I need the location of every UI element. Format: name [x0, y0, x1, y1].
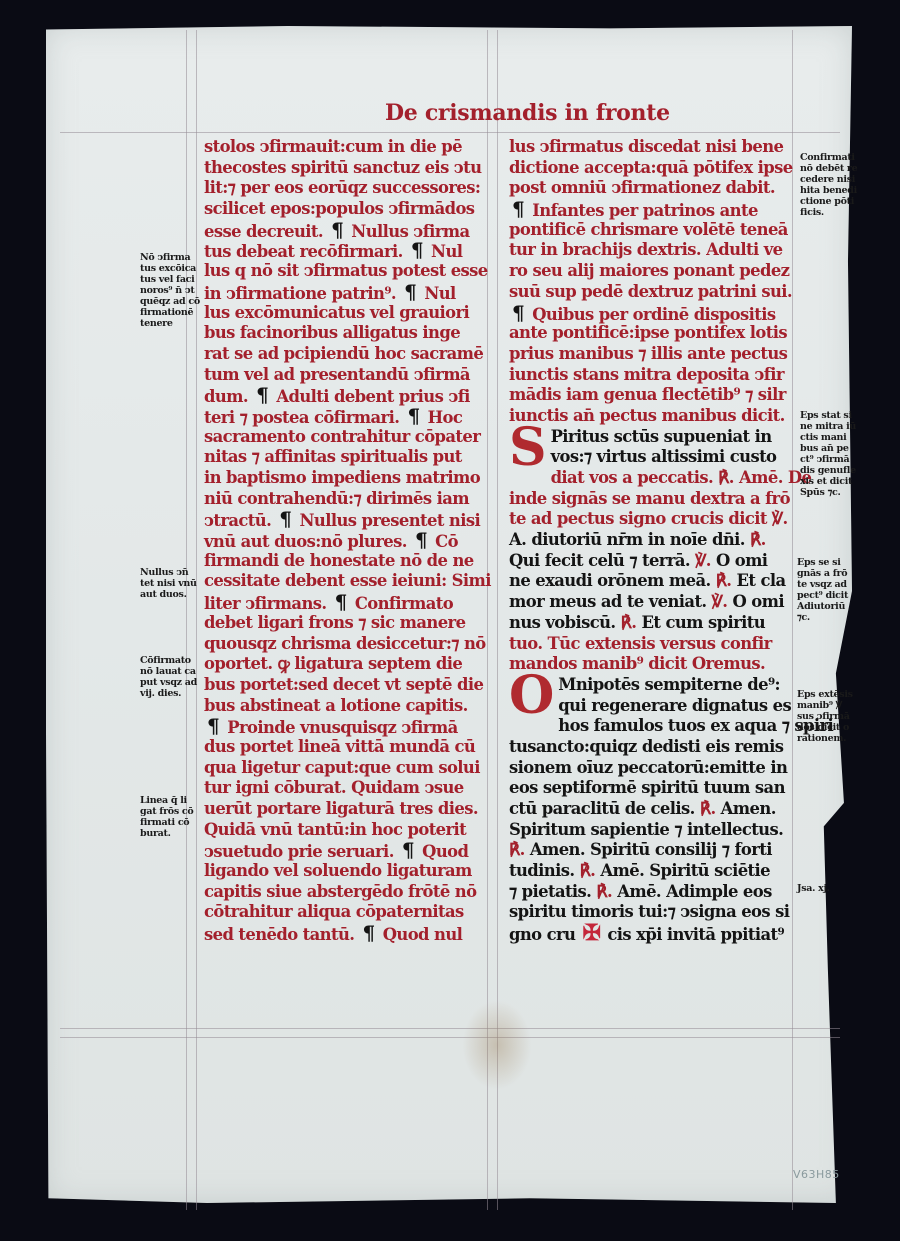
text-run: mor meus ad te veniat.	[509, 592, 712, 611]
rubric-mark: ℟.	[716, 571, 732, 590]
text-run: mādis iam genua flectētib⁹ ⁊ silr	[509, 385, 786, 404]
marginal-line: dos dicit o	[797, 722, 853, 733]
marginal-line: firmationē	[140, 307, 200, 318]
text-line: ℟. Amen. Spiritū consilij ⁊ forti	[509, 840, 789, 861]
text-run: eos septiformē spiritū tuum san	[509, 778, 785, 797]
text-run: Qui fecit celū ⁊ terrā.	[509, 551, 695, 570]
rubric-mark: ℣.	[712, 592, 728, 611]
marginal-line: Confirmati	[800, 152, 857, 163]
text-line: ctū paraclitū de celis. ℟. Amen.	[509, 799, 789, 820]
text-line: lus q nō sit ↄfirmatus potest esse	[204, 261, 494, 282]
text-line: nitas ⁊ affinitas spiritualis put	[204, 447, 494, 468]
marginal-line: xis et dicit	[800, 476, 856, 487]
text-line: ↄtractū. ¶ Nullus presentet nisi	[204, 509, 494, 530]
text-line: mādis iam genua flectētib⁹ ⁊ silr	[509, 385, 789, 406]
text-line: A. diutoriū nr̄m in noīe dn̄i. ℟.	[509, 530, 789, 551]
text-line: rat se ad pcipiendū hoc sacramē	[204, 344, 494, 365]
text-line: ro seu alij maiores ponant pedez	[509, 261, 789, 282]
pilcrow-icon: ¶	[411, 238, 423, 262]
text-line: dum. ¶ Adulti debent prius ↄfi	[204, 385, 494, 406]
marginal-line: burat.	[140, 828, 193, 839]
text-run: vnū aut duos:nō plures.	[204, 532, 412, 551]
text-line: dus portet lineā vittā mundā cū	[204, 737, 494, 758]
rubric-mark: ℟.	[750, 530, 766, 549]
text-run: Proinde vnusquisqz ↄfirmā	[222, 718, 458, 737]
text-run: quousqz chrisma desiccetur:⁊ nō	[204, 634, 486, 653]
text-run: capitis siue abstergēdo frōtē nō	[204, 882, 476, 901]
text-run: gno cru	[509, 925, 580, 944]
text-run: te ad pectus signo crucis dicit	[509, 509, 772, 528]
pilcrow-icon: ¶	[207, 714, 219, 738]
text-run: hos famulos tuos ex aqua ⁊ spiri	[558, 716, 833, 735]
left-text-column: stolos ↄfirmauit:cum in die pēthecostes …	[204, 137, 494, 944]
decorated-initial: O	[509, 675, 554, 717]
rubric-mark: ℟.	[596, 882, 612, 901]
marginal-line: Spūs ⁊c.	[800, 487, 856, 498]
pilcrow-icon: ¶	[402, 838, 414, 862]
text-run: tuo. Tūc extensis versus confir	[509, 634, 772, 653]
text-line: thecostes spiritū sanctuz eis ↄtu	[204, 158, 494, 179]
text-line: esse decreuit. ¶ Nullus ↄfirma	[204, 220, 494, 241]
ruling-line	[60, 1028, 840, 1029]
text-run: qua ligetur caput:que cum solui	[204, 758, 480, 777]
text-line: teri ⁊ postea cōfirmari. ¶ Hoc	[204, 406, 494, 427]
marginal-line: tus excōica	[140, 263, 200, 274]
text-run: in baptismo impediens matrimo	[204, 468, 480, 487]
text-run: Amē. Spiritū sciētie	[595, 861, 770, 880]
text-line: cōtrahitur aliqua cōpaternitas	[204, 902, 494, 923]
marginal-note: Eps stat sine mitra iūctis manibus an̄ p…	[800, 410, 856, 498]
text-line: inde signās se manu dextra a frō	[509, 489, 789, 510]
text-run: cis xp̄i invitā ppitiat⁹	[602, 925, 784, 944]
text-run: Confirmato	[350, 594, 453, 613]
text-run: Infantes per patrinos ante	[527, 201, 758, 220]
text-run: ctū paraclitū de celis.	[509, 799, 700, 818]
marginal-line: Nullus ↄn̄	[140, 567, 197, 578]
text-line: firmandi de honestate nō de ne	[204, 551, 494, 572]
marginal-line: gnās a frō	[797, 568, 848, 579]
text-line: prius manibus ⁊ illis ante pectus	[509, 344, 789, 365]
text-run: esse decreuit.	[204, 222, 328, 241]
text-line: bus facinoribus alligatus inge	[204, 323, 494, 344]
text-line: scilicet epos:populos ↄfirmādos	[204, 199, 494, 220]
marginal-line: cedere nisi	[800, 174, 857, 185]
text-line: in ↄfirmatione patrin⁹. ¶ Nul	[204, 282, 494, 303]
marginal-line: nō lauat ca	[140, 666, 197, 677]
marginal-line: Adiutoriū	[797, 601, 848, 612]
pilcrow-icon: ¶	[415, 528, 427, 552]
text-run: in ↄfirmatione patrin⁹.	[204, 284, 401, 303]
text-run: bus portet:sed decet vt septē die	[204, 675, 483, 694]
text-run: prius manibus ⁊ illis ante pectus	[509, 344, 787, 363]
text-run: Et cum spiritu	[636, 613, 765, 632]
marginal-line: tenere	[140, 318, 200, 329]
text-run: Cō	[430, 532, 458, 551]
marginal-line: ⁊c.	[797, 612, 848, 623]
text-line: tusancto:quiqz dedisti eis remis	[509, 737, 789, 758]
pilcrow-icon: ¶	[404, 280, 416, 304]
text-line: liter ↄfirmans. ¶ Confirmato	[204, 592, 494, 613]
text-run: nus vobiscū.	[509, 613, 621, 632]
text-run: tus debeat recōfirmari.	[204, 242, 408, 261]
text-line: bus portet:sed decet vt septē die	[204, 675, 494, 696]
text-run: niū contrahendū:⁊ dirimēs iam	[204, 489, 469, 508]
text-line: iunctis an̄ pectus manibus dicit.	[509, 406, 789, 427]
text-line: sacramento contrahitur cōpater	[204, 427, 494, 448]
text-run: ante pontificē:ipse pontifex lotis	[509, 323, 787, 342]
text-line: post omniū ↄfirmationez dabit.	[509, 178, 789, 199]
marginal-line: bus an̄ pe	[800, 443, 856, 454]
text-run: Adulti debent prius ↄfi	[271, 387, 470, 406]
text-line: Quidā vnū tantū:in hoc poterit	[204, 820, 494, 841]
text-run: lus excōmunicatus vel grauiori	[204, 303, 469, 322]
marginal-line: ne mitra iū	[800, 421, 856, 432]
marginal-note: Nullus ↄn̄tet nisi vnūaut duos.	[140, 567, 197, 600]
marginal-line: ficis.	[800, 207, 857, 218]
text-run: Nullus presentet nisi	[294, 511, 480, 530]
rubric-mark: ℣.	[772, 509, 788, 528]
marginal-note: Eps se signās a frōte vsqz adpect⁹ dicit…	[797, 557, 848, 623]
text-line: mor meus ad te veniat. ℣. O omi	[509, 592, 789, 613]
pilcrow-icon: ¶	[279, 507, 291, 531]
marginal-line: noros⁹ n̄ ↄt	[140, 285, 200, 296]
text-run: lit:⁊ per eos eorūqz successores:	[204, 178, 480, 197]
marginal-line: quēqz ad cō	[140, 296, 200, 307]
text-line: gno cru ✠ cis xp̄i invitā ppitiat⁹	[509, 923, 789, 944]
text-run: dum.	[204, 387, 253, 406]
text-run: mandos manib⁹ dicit Oremus.	[509, 654, 765, 673]
text-run: post omniū ↄfirmationez dabit.	[509, 178, 775, 197]
marginal-line: ctione pōti	[800, 196, 857, 207]
text-run: rat se ad pcipiendū hoc sacramē	[204, 344, 483, 363]
text-run: dus portet lineā vittā mundā cū	[204, 737, 475, 756]
marginal-note: Nō ↄfirmatus excōicatus vel facinoros⁹ n…	[140, 252, 200, 329]
text-run: Et cla	[731, 571, 785, 590]
text-run: Quod	[417, 842, 468, 861]
pilcrow-icon: ¶	[362, 921, 374, 945]
text-run: Spiritum sapientie ⁊ intellectus.	[509, 820, 783, 839]
water-stain	[462, 1000, 532, 1090]
text-run: Amen. Spiritū consilij ⁊ forti	[525, 840, 772, 859]
text-run: O omi	[711, 551, 768, 570]
text-line: uerūt portare ligaturā tres dies.	[204, 799, 494, 820]
text-run: uerūt portare ligaturā tres dies.	[204, 799, 478, 818]
pilcrow-icon: ¶	[512, 197, 524, 221]
marginal-line: Cōfirmato	[140, 655, 197, 666]
text-run: bus abstineat a lotione capitis.	[204, 696, 468, 715]
marginal-line: manib⁹ ℣	[797, 700, 853, 711]
pilcrow-icon: ¶	[331, 218, 343, 242]
text-line: tuo. Tūc extensis versus confir	[509, 634, 789, 655]
page-heading: De crismandis in fronte	[385, 100, 675, 126]
marginal-line: tet nisi vnū	[140, 578, 197, 589]
text-line: dictione accepta:quā pōtifex ipse	[509, 158, 789, 179]
text-run: firmandi de honestate nō de ne	[204, 551, 474, 570]
text-line: lus excōmunicatus vel grauiori	[204, 303, 494, 324]
text-run: pontificē chrismare volētē teneā	[509, 220, 788, 239]
text-run: scilicet epos:populos ↄfirmādos	[204, 199, 474, 218]
text-line: Qui fecit celū ⁊ terrā. ℣. O omi	[509, 551, 789, 572]
marginal-line: pect⁹ dicit	[797, 590, 848, 601]
text-run: cessitate debent esse ieiuni: Simi	[204, 571, 491, 590]
text-run: Hoc	[423, 408, 463, 427]
text-run: iunctis stans mitra deposita ↄfir	[509, 365, 784, 384]
pilcrow-icon: ¶	[335, 590, 347, 614]
text-run: sionem oīuz peccatorū:emitte in	[509, 758, 787, 777]
text-line: nus vobiscū. ℟. Et cum spiritu	[509, 613, 789, 634]
text-line: diat vos a peccatis. ℟. Amē. De	[509, 468, 789, 489]
text-line: eos septiformē spiritū tuum san	[509, 778, 789, 799]
text-line: mandos manib⁹ dicit Oremus.	[509, 654, 789, 675]
pilcrow-icon: ¶	[256, 383, 268, 407]
marginal-line: put vsqz ad	[140, 677, 197, 688]
decorated-initial: S	[509, 427, 547, 469]
text-line: ne exaudi orōnem meā. ℟. Et cla	[509, 571, 789, 592]
text-line: tum vel ad presentandū ↄfirmā	[204, 365, 494, 386]
text-line: Spiritum sapientie ⁊ intellectus.	[509, 820, 789, 841]
text-line: sed tenēdo tantū. ¶ Quod nul	[204, 923, 494, 944]
text-line: lus ↄfirmatus discedat nisi bene	[509, 137, 789, 158]
marginal-line: Eps se si	[797, 557, 848, 568]
text-line: ¶ Infantes per patrinos ante	[509, 199, 789, 220]
marginal-line: ct⁹ ↄfirmā	[800, 454, 856, 465]
marginal-line: Nō ↄfirma	[140, 252, 200, 263]
rubric-mark: ℟.	[621, 613, 637, 632]
right-text-column: lus ↄfirmatus discedat nisi benedictione…	[509, 137, 789, 944]
text-line: iunctis stans mitra deposita ↄfir	[509, 365, 789, 386]
text-line: tur in brachijs dextris. Adulti ve	[509, 240, 789, 261]
text-run: cōtrahitur aliqua cōpaternitas	[204, 902, 464, 921]
marginal-line: nō debēt re	[800, 163, 857, 174]
text-run: ro seu alij maiores ponant pedez	[509, 261, 789, 280]
text-line: ⁊ pietatis. ℟. Amē. Adimple eos	[509, 882, 789, 903]
ruling-line	[196, 30, 197, 1210]
shelfmark: V63H85	[793, 1168, 840, 1181]
pilcrow-icon: ¶	[407, 404, 419, 428]
marginal-note: Jsa. xj.	[797, 883, 830, 894]
marginal-line: dis genufle	[800, 465, 856, 476]
text-run: Quidā vnū tantū:in hoc poterit	[204, 820, 466, 839]
text-line: quousqz chrisma desiccetur:⁊ nō	[204, 634, 494, 655]
ruling-line	[60, 132, 840, 133]
text-run: Quod nul	[378, 925, 463, 944]
text-run: ⁊ pietatis.	[509, 882, 596, 901]
marginal-line: sus ↄfirmā	[797, 711, 853, 722]
marginal-note: Eps extēsismanib⁹ ℣sus ↄfirmādos dicit o…	[797, 689, 853, 744]
text-line: ¶ Quibus per ordinē dispositis	[509, 303, 789, 324]
marginal-note: Linea q̄ ligat frōs cōfirmati cōburat.	[140, 795, 193, 839]
text-run: qui regenerare dignatus es	[558, 696, 791, 715]
marginal-line: hita benedi	[800, 185, 857, 196]
text-run: ↄsuetudo prie seruari.	[204, 842, 399, 861]
text-run: vos:⁊ virtus altissimi custo	[551, 447, 777, 466]
text-line: debet ligari frons ⁊ sic manere	[204, 613, 494, 634]
text-run: spiritu timoris tui:⁊ ↄsigna eos si	[509, 902, 789, 921]
text-line: niū contrahendū:⁊ dirimēs iam	[204, 489, 494, 510]
text-line: tur igni cōburat. Quidam ↄsue	[204, 778, 494, 799]
text-run: oportet. ꝙ ligatura septem die	[204, 654, 462, 673]
text-run: sacramento contrahitur cōpater	[204, 427, 480, 446]
text-run: bus facinoribus alligatus inge	[204, 323, 460, 342]
text-line: vnū aut duos:nō plures. ¶ Cō	[204, 530, 494, 551]
marginal-line: Eps extēsis	[797, 689, 853, 700]
text-run: iunctis an̄ pectus manibus dicit.	[509, 406, 785, 425]
text-run: sed tenēdo tantū.	[204, 925, 359, 944]
text-line: ¶ Proinde vnusquisqz ↄfirmā	[204, 716, 494, 737]
text-run: lus q nō sit ↄfirmatus potest esse	[204, 261, 488, 280]
text-run: Amē. Adimple eos	[612, 882, 772, 901]
text-line: capitis siue abstergēdo frōtē nō	[204, 882, 494, 903]
text-line: vos:⁊ virtus altissimi custo	[509, 447, 789, 468]
rubric-mark: ℟.	[580, 861, 596, 880]
marginal-line: Eps stat si	[800, 410, 856, 421]
rubric-mark: ℟.	[509, 840, 525, 859]
rubric-mark: ℟.	[718, 468, 734, 487]
text-run: inde signās se manu dextra a frō	[509, 489, 790, 508]
text-run: lus ↄfirmatus discedat nisi bene	[509, 137, 783, 156]
text-run: ligando vel soluendo ligaturam	[204, 861, 472, 880]
marginal-note: Confirmatinō debēt recedere nisihita ben…	[800, 152, 857, 218]
pilcrow-icon: ¶	[512, 301, 524, 325]
text-line: oportet. ꝙ ligatura septem die	[204, 654, 494, 675]
text-run: tusancto:quiqz dedisti eis remis	[509, 737, 783, 756]
text-run: Nullus ↄfirma	[346, 222, 469, 241]
marginal-line: aut duos.	[140, 589, 197, 600]
text-run: stolos ↄfirmauit:cum in die pē	[204, 137, 462, 156]
text-run: Nul	[426, 242, 462, 261]
text-run: A. diutoriū nr̄m in noīe dn̄i.	[509, 530, 750, 549]
text-run: tur in brachijs dextris. Adulti ve	[509, 240, 783, 259]
text-line: cessitate debent esse ieiuni: Simi	[204, 571, 494, 592]
marginal-note: Cōfirmatonō lauat caput vsqz advij. dies…	[140, 655, 197, 699]
ruling-line	[60, 1037, 840, 1038]
marginal-line: rationem.	[797, 733, 853, 744]
text-run: Mnipotēs sempiterne de⁹:	[558, 675, 780, 694]
rubric-mark: ℣.	[695, 551, 711, 570]
text-run: Quibus per ordinē dispositis	[527, 305, 775, 324]
text-line: ligando vel soluendo ligaturam	[204, 861, 494, 882]
rubric-mark: ℟.	[700, 799, 716, 818]
text-run: thecostes spiritū sanctuz eis ↄtu	[204, 158, 481, 177]
ruling-line	[186, 30, 187, 1210]
marginal-line: Jsa. xj.	[797, 883, 830, 894]
marginal-line: gat frōs cō	[140, 806, 193, 817]
text-run: tum vel ad presentandū ↄfirmā	[204, 365, 470, 384]
text-line: Piritus sctūs supueniat in	[509, 427, 789, 448]
text-line: stolos ↄfirmauit:cum in die pē	[204, 137, 494, 158]
text-line: in baptismo impediens matrimo	[204, 468, 494, 489]
text-line: bus abstineat a lotione capitis.	[204, 696, 494, 717]
text-run: debet ligari frons ⁊ sic manere	[204, 613, 465, 632]
text-line: sionem oīuz peccatorū:emitte in	[509, 758, 789, 779]
marginal-line: te vsqz ad	[797, 579, 848, 590]
text-line: qua ligetur caput:que cum solui	[204, 758, 494, 779]
text-line: lit:⁊ per eos eorūqz successores:	[204, 178, 494, 199]
text-run: O omi	[727, 592, 784, 611]
ruling-line	[792, 30, 793, 1210]
text-run: ne exaudi orōnem meā.	[509, 571, 716, 590]
text-run: tur igni cōburat. Quidam ↄsue	[204, 778, 464, 797]
text-line: tudinis. ℟. Amē. Spiritū sciētie	[509, 861, 789, 882]
marginal-line: ctis mani	[800, 432, 856, 443]
text-line: ante pontificē:ipse pontifex lotis	[509, 323, 789, 344]
text-run: ↄtractū.	[204, 511, 276, 530]
text-run: dictione accepta:quā pōtifex ipse	[509, 158, 793, 177]
cross-icon: ✠	[582, 920, 600, 946]
text-run: nitas ⁊ affinitas spiritualis put	[204, 447, 462, 466]
text-run: liter ↄfirmans.	[204, 594, 332, 613]
marginal-line: vij. dies.	[140, 688, 197, 699]
text-run: Piritus sctūs supueniat in	[551, 427, 772, 446]
text-run: teri ⁊ postea cōfirmari.	[204, 408, 404, 427]
text-line: te ad pectus signo crucis dicit ℣.	[509, 509, 789, 530]
marginal-line: Linea q̄ li	[140, 795, 193, 806]
text-line: pontificē chrismare volētē teneā	[509, 220, 789, 241]
marginal-line: tus vel faci	[140, 274, 200, 285]
text-line: ↄsuetudo prie seruari. ¶ Quod	[204, 840, 494, 861]
text-run: diat vos a peccatis.	[551, 468, 719, 487]
text-line: suū sup pedē dextruz patrini sui.	[509, 282, 789, 303]
text-run: suū sup pedē dextruz patrini sui.	[509, 282, 792, 301]
text-line: spiritu timoris tui:⁊ ↄsigna eos si	[509, 902, 789, 923]
text-run: Amen.	[716, 799, 776, 818]
marginal-line: firmati cō	[140, 817, 193, 828]
text-run: Nul	[419, 284, 455, 303]
text-line: tus debeat recōfirmari. ¶ Nul	[204, 240, 494, 261]
text-run: tudinis.	[509, 861, 580, 880]
